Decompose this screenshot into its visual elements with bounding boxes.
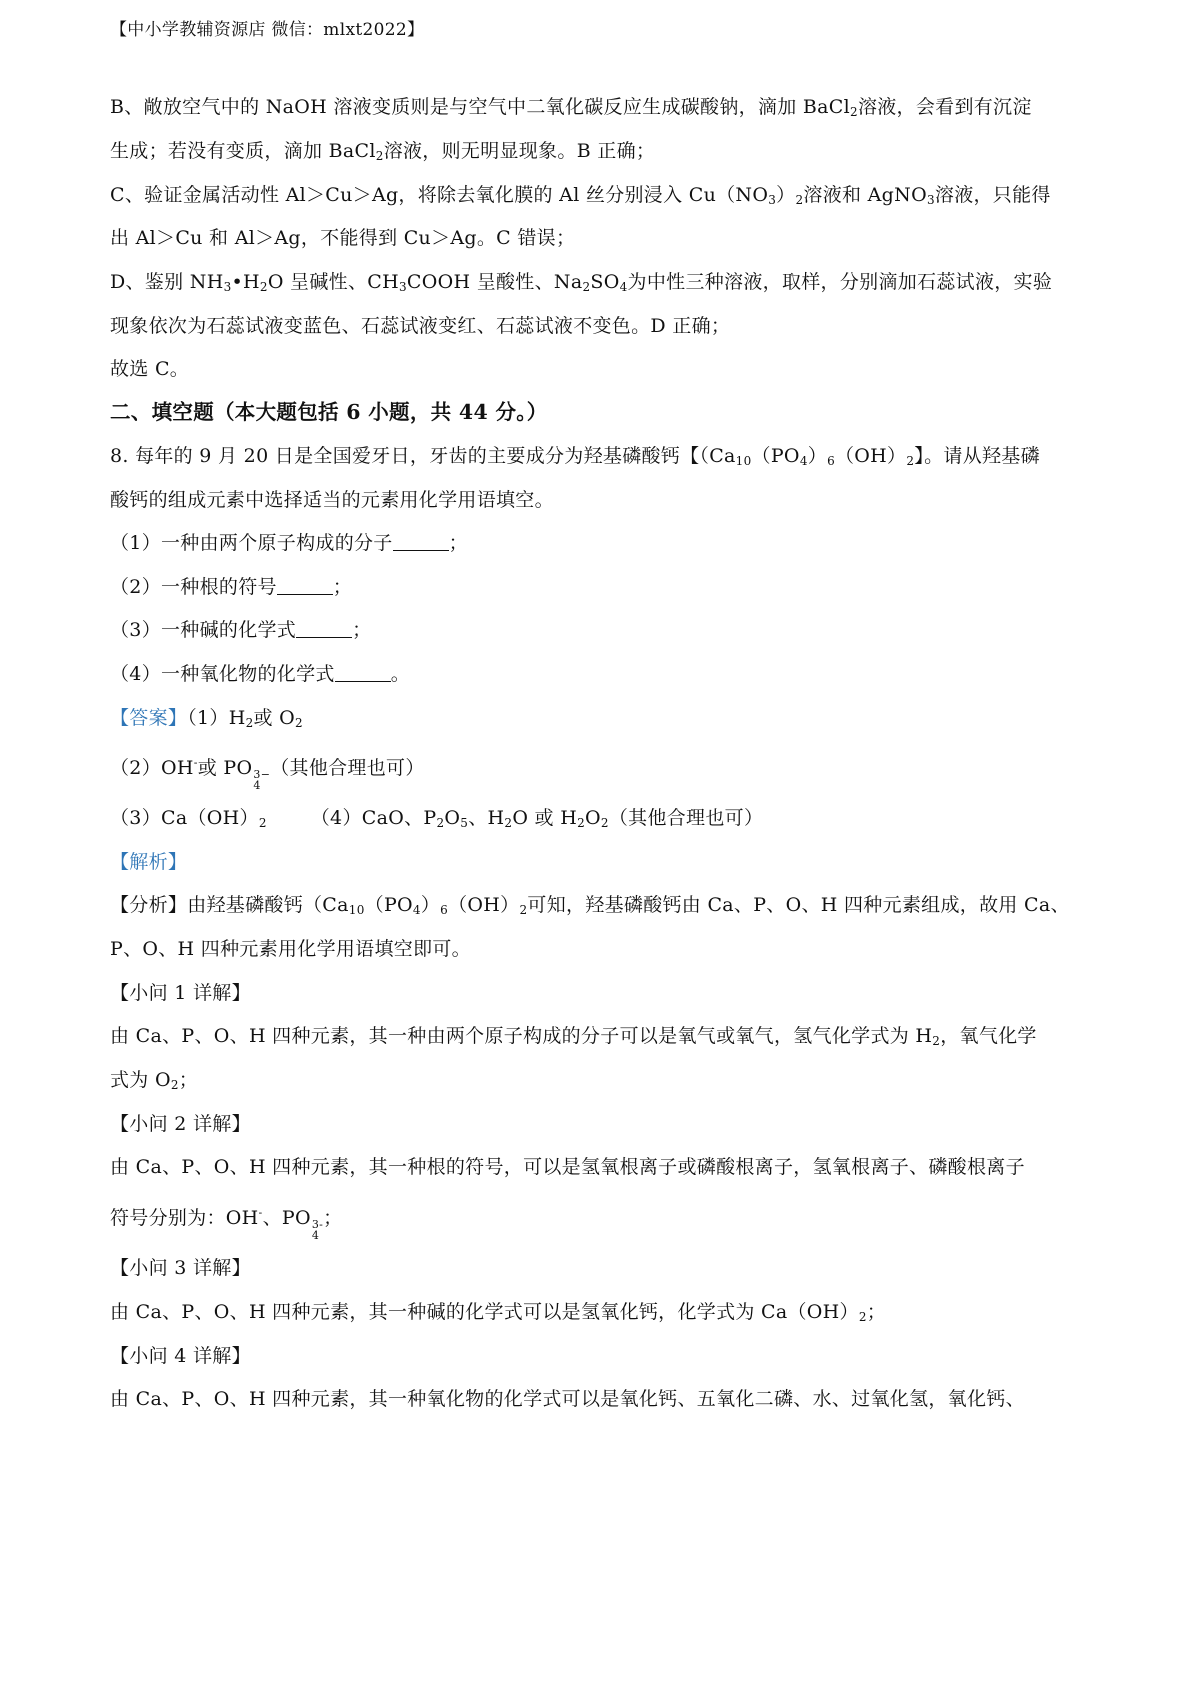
text: 】。请从羟基磷	[914, 445, 1040, 467]
subscript: 2	[246, 716, 254, 730]
q4-line-1: 由 Ca、P、O、H 四种元素，其一种氧化物的化学式可以是氧化钙、五氧化二磷、水…	[110, 1387, 1110, 1411]
option-d-line-2: 现象依次为石蕊试液变蓝色、石蕊试液变红、石蕊试液不变色。D 正确；	[110, 314, 1110, 338]
text: SO	[590, 271, 619, 293]
text: 溶液和 AgNO	[803, 184, 927, 206]
subscript: 2	[260, 280, 268, 294]
subscript: 6	[827, 454, 835, 468]
watermark-header: 【中小学教辅资源店 微信：mlxt2022】	[110, 18, 1110, 42]
subscript: 4	[620, 280, 628, 294]
text: 溶液，只能得	[935, 184, 1051, 206]
text: （其他合理也可）	[609, 807, 763, 829]
q2-line-1: 由 Ca、P、O、H 四种元素，其一种根的符号，可以是氢氧根离子或磷酸根离子，氢…	[110, 1155, 1110, 1179]
text: 式为 O	[110, 1069, 171, 1091]
text: •H	[232, 271, 260, 293]
answer-line-2: （2）OH-或 PO3−4（其他合理也可）	[110, 756, 1110, 791]
answer-blank	[277, 576, 333, 595]
subscript: 2	[171, 1078, 179, 1092]
q4-heading: 【小问 4 详解】	[110, 1344, 1110, 1368]
subscript: 2	[376, 149, 384, 163]
text: ）	[421, 894, 440, 916]
answer-line-3: （3）Ca（OH）2（4）CaO、P2O5、H2O 或 H2O2（其他合理也可）	[110, 806, 1110, 830]
text: （4）CaO、P	[311, 807, 437, 829]
subscript: 2	[295, 716, 303, 730]
text: （其他合理也可）	[270, 757, 424, 779]
text: O	[444, 807, 460, 829]
option-b-line-1: B、敞放空气中的 NaOH 溶液变质则是与空气中二氧化碳反应生成碳酸钠，滴加 B…	[110, 95, 1110, 119]
text: 【分析】由羟基磷酸钙（Ca	[110, 894, 349, 916]
text: （OH）	[835, 445, 906, 467]
text: 。	[391, 663, 410, 685]
subscript: 2	[259, 816, 267, 830]
subscript: 3	[927, 193, 935, 207]
subscript: 6	[440, 903, 448, 917]
subscript: 10	[349, 903, 365, 917]
subscript: 4	[253, 780, 270, 791]
text: O	[585, 807, 601, 829]
text: （PO	[752, 445, 800, 467]
text: O 呈碱性、CH	[268, 271, 399, 293]
text: O 或 H	[512, 807, 577, 829]
text: ；	[352, 619, 371, 641]
text: ；	[323, 1207, 342, 1229]
q1-heading: 【小问 1 详解】	[110, 981, 1110, 1005]
text: 溶液，会看到有沉淀	[858, 96, 1032, 118]
conclusion: 故选 C。	[110, 357, 1110, 381]
question-8-item-3: （3）一种碱的化学式；	[110, 618, 1110, 642]
document-page: 【中小学教辅资源店 微信：mlxt2022】 B、敞放空气中的 NaOH 溶液变…	[0, 0, 1200, 1698]
text: 、H	[468, 807, 504, 829]
text: （OH）	[448, 894, 519, 916]
text: 可知，羟基磷酸钙由 Ca、P、O、H 四种元素组成，故用 Ca、	[527, 894, 1069, 916]
answer-line-1: 【答案】（1）H2或 O2	[110, 706, 1110, 730]
option-c-line-2: 出 Al＞Cu 和 Al＞Ag，不能得到 Cu＞Ag。C 错误；	[110, 226, 1110, 250]
text: 符号分别为：OH	[110, 1207, 259, 1229]
subscript: 10	[736, 454, 752, 468]
q2-line-2: 符号分别为：OH-、PO3-4；	[110, 1206, 1110, 1241]
text: 或 PO	[198, 757, 253, 779]
answer-tag: 【答案】	[110, 707, 187, 729]
analysis-intro-line-1: 【分析】由羟基磷酸钙（Ca10（PO4）6（OH）2可知，羟基磷酸钙由 Ca、P…	[110, 893, 1110, 917]
text: ）	[808, 445, 827, 467]
text: 8. 每年的 9 月 20 日是全国爱牙日，牙齿的主要成分为羟基磷酸钙【（Ca	[110, 445, 736, 467]
subscript: 3	[224, 280, 232, 294]
text: 或 O	[254, 707, 296, 729]
text: 生成；若没有变质，滴加 BaCl	[110, 140, 376, 162]
text: ；	[867, 1301, 886, 1323]
subscript: 3	[768, 193, 776, 207]
text: （3）Ca（OH）	[110, 807, 259, 829]
text: ；	[333, 576, 352, 598]
text: （1）H	[187, 707, 245, 729]
subscript: 2	[601, 816, 609, 830]
ion-charge-stack: 3-4	[312, 1219, 323, 1241]
text: ）	[776, 184, 795, 206]
subscript: 4	[800, 454, 808, 468]
subscript: 2	[577, 816, 585, 830]
text: （2）OH	[110, 757, 194, 779]
question-8-line-2: 酸钙的组成元素中选择适当的元素用化学用语填空。	[110, 488, 1110, 512]
question-8-item-2: （2）一种根的符号；	[110, 575, 1110, 599]
ion-charge-stack: 3−4	[253, 769, 270, 791]
option-d-line-1: D、鉴别 NH3•H2O 呈碱性、CH3COOH 呈酸性、Na2SO4为中性三种…	[110, 270, 1110, 294]
analysis-tag: 【解析】	[110, 850, 1110, 874]
item-label: （3）一种碱的化学式	[110, 619, 296, 641]
answer-blank	[335, 663, 391, 682]
analysis-intro-line-2: P、O、H 四种元素用化学用语填空即可。	[110, 937, 1110, 961]
subscript: 2	[850, 105, 858, 119]
item-label: （2）一种根的符号	[110, 576, 277, 598]
subscript: 2	[859, 1310, 867, 1324]
q2-heading: 【小问 2 详解】	[110, 1112, 1110, 1136]
text: COOH 呈酸性、Na	[407, 271, 583, 293]
q1-line-1: 由 Ca、P、O、H 四种元素，其一种由两个原子构成的分子可以是氧气或氧气，氢气…	[110, 1024, 1110, 1048]
text: 由 Ca、P、O、H 四种元素，其一种碱的化学式可以是氢氧化钙，化学式为 Ca（…	[110, 1301, 859, 1323]
subscript: 4	[312, 1230, 323, 1241]
q3-heading: 【小问 3 详解】	[110, 1256, 1110, 1280]
text: 由 Ca、P、O、H 四种元素，其一种由两个原子构成的分子可以是氧气或氧气，氢气…	[110, 1025, 932, 1047]
text: ，氧气化学	[940, 1025, 1037, 1047]
subscript: 4	[413, 903, 421, 917]
text: 为中性三种溶液，取样，分别滴加石蕊试液，实验	[628, 271, 1053, 293]
subscript: 3	[399, 280, 407, 294]
question-8-item-1: （1）一种由两个原子构成的分子；	[110, 531, 1110, 555]
q1-line-2: 式为 O2；	[110, 1068, 1110, 1092]
item-label: （1）一种由两个原子构成的分子	[110, 532, 393, 554]
text: ；	[449, 532, 468, 554]
option-c-line-1: C、验证金属活动性 Al＞Cu＞Ag，将除去氧化膜的 Al 丝分别浸入 Cu（N…	[110, 183, 1110, 207]
answer-blank	[393, 532, 449, 551]
option-b-line-2: 生成；若没有变质，滴加 BaCl2溶液，则无明显现象。B 正确；	[110, 139, 1110, 163]
question-8-line-1: 8. 每年的 9 月 20 日是全国爱牙日，牙齿的主要成分为羟基磷酸钙【（Ca1…	[110, 444, 1110, 468]
question-8-item-4: （4）一种氧化物的化学式。	[110, 662, 1110, 686]
text: ；	[179, 1069, 198, 1091]
answer-blank	[296, 619, 352, 638]
section-heading: 二、填空题（本大题包括 6 小题，共 44 分。）	[110, 400, 1110, 424]
text: （PO	[365, 894, 413, 916]
text: D、鉴别 NH	[110, 271, 224, 293]
q3-line-1: 由 Ca、P、O、H 四种元素，其一种碱的化学式可以是氢氧化钙，化学式为 Ca（…	[110, 1300, 1110, 1324]
text: B、敞放空气中的 NaOH 溶液变质则是与空气中二氧化碳反应生成碳酸钠，滴加 B…	[110, 96, 850, 118]
item-label: （4）一种氧化物的化学式	[110, 663, 335, 685]
text: C、验证金属活动性 Al＞Cu＞Ag，将除去氧化膜的 Al 丝分别浸入 Cu（N…	[110, 184, 768, 206]
text: 、PO	[263, 1207, 311, 1229]
text: 溶液，则无明显现象。B 正确；	[384, 140, 656, 162]
